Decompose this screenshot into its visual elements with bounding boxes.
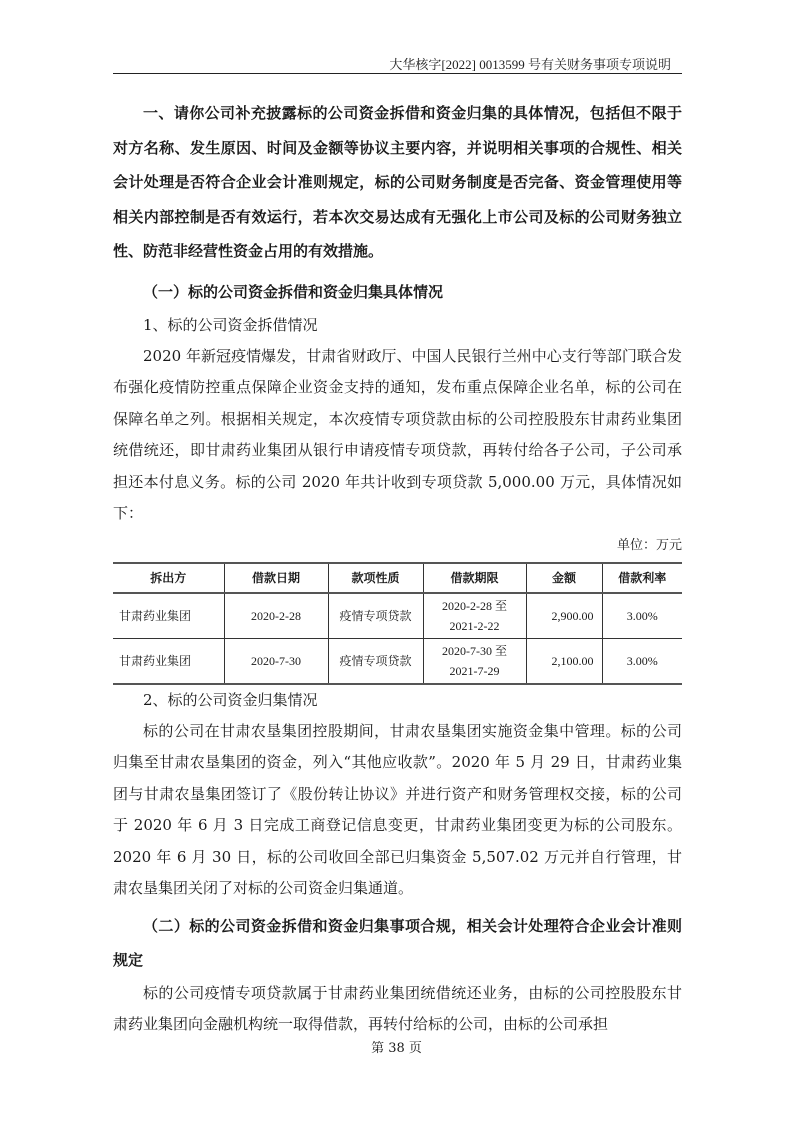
subsection-2-title: 2、标的公司资金归集情况 — [113, 685, 682, 716]
page-number: 第 38 页 — [0, 1037, 793, 1056]
unit-label: 单位：万元 — [113, 536, 682, 556]
question-paragraph: 一、请你公司补充披露标的公司资金拆借和资金归集的具体情况，包括但不限于对方名称、… — [113, 96, 682, 269]
cell-term: 2020-7-30 至 2021-7-29 — [423, 638, 526, 684]
col-header-date: 借款日期 — [224, 563, 328, 593]
cell-nature: 疫情专项贷款 — [328, 638, 423, 684]
col-header-nature: 款项性质 — [328, 563, 423, 593]
cell-amount: 2,100.00 — [526, 638, 602, 684]
cell-term: 2020-2-28 至 2021-2-22 — [423, 593, 526, 639]
cell-rate: 3.00% — [602, 593, 682, 639]
subsection-1-title: 1、标的公司资金拆借情况 — [113, 310, 682, 341]
section-2-title: （二）标的公司资金拆借和资金归集事项合规，相关会计处理符合企业会计准则规定 — [113, 909, 682, 978]
cell-amount: 2,900.00 — [526, 593, 602, 639]
table-row: 甘肃药业集团 2020-2-28 疫情专项贷款 2020-2-28 至 2021… — [113, 593, 682, 639]
cell-nature: 疫情专项贷款 — [328, 593, 423, 639]
table-row: 甘肃药业集团 2020-7-30 疫情专项贷款 2020-7-30 至 2021… — [113, 638, 682, 684]
subsection-2-paragraph: 标的公司在甘肃农垦集团控股期间，甘肃农垦集团实施资金集中管理。标的公司归集至甘肃… — [113, 716, 682, 905]
cell-date: 2020-2-28 — [224, 593, 328, 639]
col-header-lender: 拆出方 — [113, 563, 224, 593]
cell-rate: 3.00% — [602, 638, 682, 684]
cell-term-start: 2020-7-30 至 — [430, 641, 520, 661]
cell-lender: 甘肃药业集团 — [113, 638, 224, 684]
cell-term-end: 2021-2-22 — [430, 616, 520, 636]
cell-date: 2020-7-30 — [224, 638, 328, 684]
col-header-rate: 借款利率 — [602, 563, 682, 593]
loan-table: 拆出方 借款日期 款项性质 借款期限 金额 借款利率 甘肃药业集团 2020-2… — [113, 562, 682, 685]
col-header-amount: 金额 — [526, 563, 602, 593]
cell-term-end: 2021-7-29 — [430, 661, 520, 681]
header-divider — [113, 73, 682, 74]
table-header-row: 拆出方 借款日期 款项性质 借款期限 金额 借款利率 — [113, 563, 682, 593]
document-reference-header: 大华核字[2022] 0013599 号有关财务事项专项说明 — [389, 54, 671, 73]
cell-term-start: 2020-2-28 至 — [430, 596, 520, 616]
subsection-1-paragraph: 2020 年新冠疫情爆发，甘肃省财政厅、中国人民银行兰州中心支行等部门联合发布强… — [113, 341, 682, 530]
col-header-term: 借款期限 — [423, 563, 526, 593]
cell-lender: 甘肃药业集团 — [113, 593, 224, 639]
page-content: 一、请你公司补充披露标的公司资金拆借和资金归集的具体情况，包括但不限于对方名称、… — [113, 96, 682, 1041]
section-2-paragraph: 标的公司疫情专项贷款属于甘肃药业集团统借统还业务，由标的公司控股股东甘肃药业集团… — [113, 978, 682, 1041]
section-1-title: （一）标的公司资金拆借和资金归集具体情况 — [113, 277, 682, 308]
